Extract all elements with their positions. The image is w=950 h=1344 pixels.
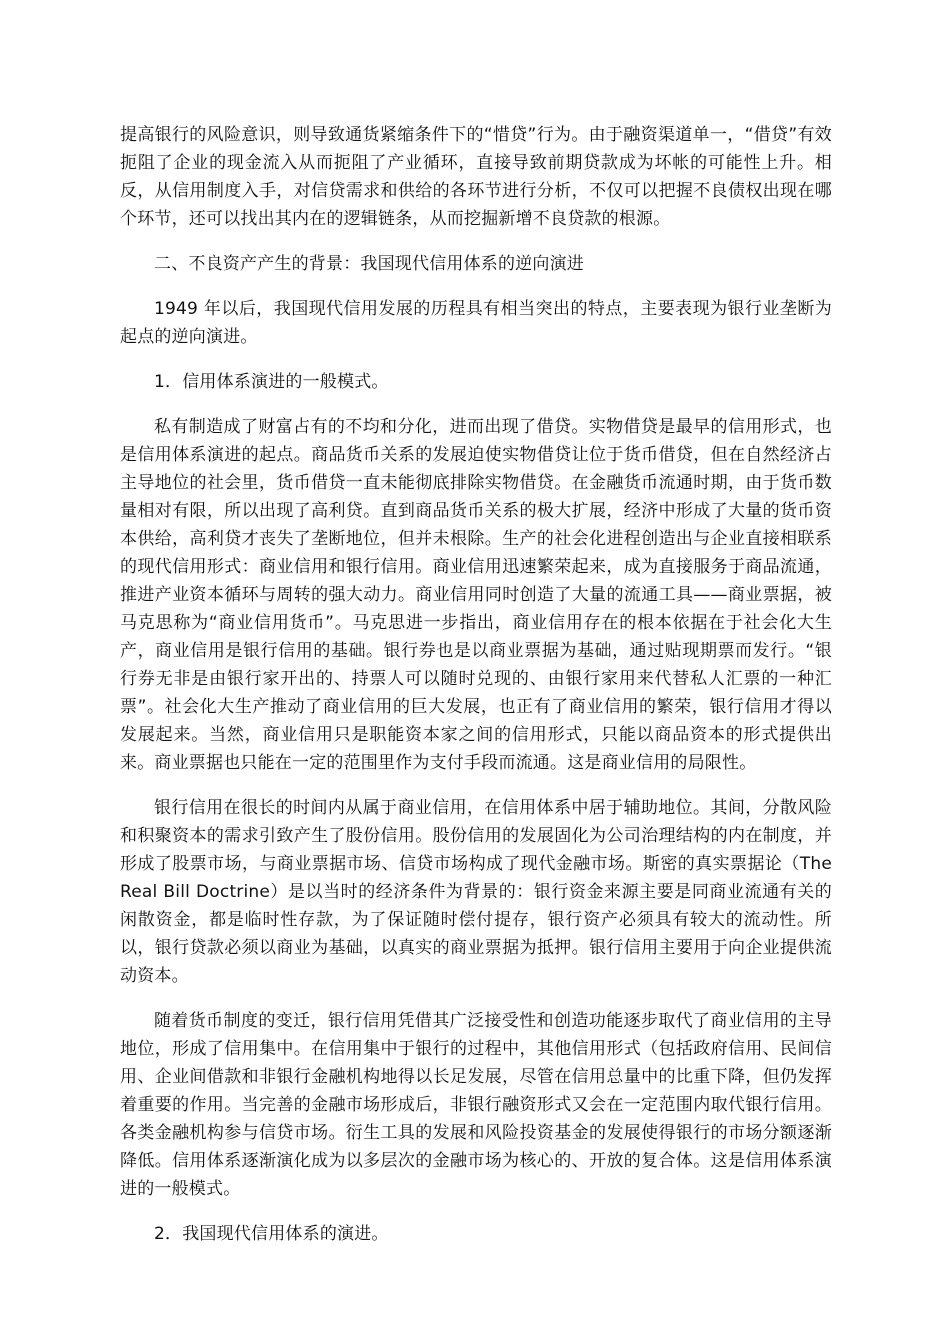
paragraph-1949-evolution: 1949 年以后，我国现代信用发展的历程具有相当突出的特点，主要表现为银行业垄断… <box>120 295 832 351</box>
document-content: 提高银行的风险意识，则导致通货紧缩条件下的“惜贷”行为。由于融资渠道单一，“借贷… <box>120 121 832 1265</box>
paragraph-bank-credit-subordinate: 银行信用在很长的时间内从属于商业信用，在信用体系中居于辅助地位。其间，分散风险和… <box>120 794 832 990</box>
paragraph-continuation-credit-crunch: 提高银行的风险意识，则导致通货紧缩条件下的“惜贷”行为。由于融资渠道单一，“借贷… <box>120 121 832 233</box>
document-page: 提高银行的风险意识，则导致通货紧缩条件下的“惜贷”行为。由于融资渠道单一，“借贷… <box>0 0 950 1344</box>
subsection-heading-2-china-credit-system: 2．我国现代信用体系的演进。 <box>120 1220 832 1248</box>
paragraph-monetary-system-change: 随着货币制度的变迁，银行信用凭借其广泛接受性和创造功能逐步取代了商业信用的主导地… <box>120 1007 832 1203</box>
subsection-heading-1-general-model: 1．信用体系演进的一般模式。 <box>120 368 832 396</box>
paragraph-private-ownership-credit-origin: 私有制造成了财富占有的不均和分化，进而出现了借贷。实物借贷是最早的信用形式，也是… <box>120 413 832 777</box>
section-heading-2-background: 二、不良资产产生的背景：我国现代信用体系的逆向演进 <box>120 250 832 278</box>
